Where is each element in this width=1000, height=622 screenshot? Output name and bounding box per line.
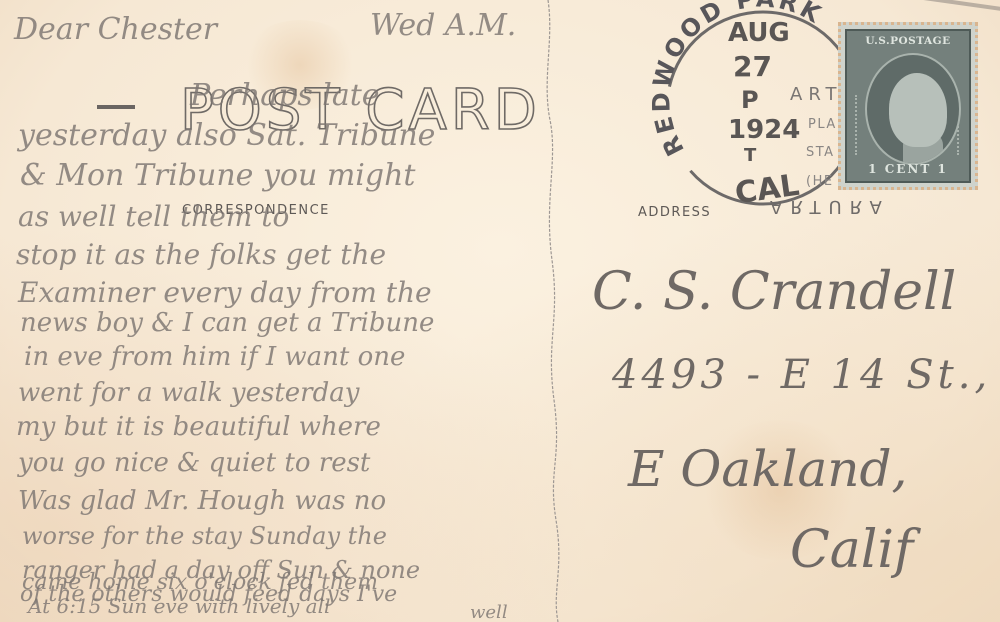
- postmark-suffix: T: [744, 145, 756, 166]
- postmark-time: P: [741, 86, 759, 114]
- address-city: E Oakland,: [628, 440, 907, 498]
- washington-portrait-icon: [889, 73, 947, 147]
- message-line: news boy & I can get a Tribune: [20, 308, 434, 338]
- address-state: Calif: [790, 520, 913, 580]
- place-stamp-text: PLA: [808, 117, 837, 132]
- postmark-year: 1924: [728, 115, 800, 145]
- divider-line: [540, 0, 570, 622]
- postcard: POST CARD CORRESPONDENCE ADDRESS Dear Ch…: [0, 0, 1000, 622]
- place-stamp-text: (HE: [806, 174, 834, 189]
- artura-mark: ARTURA: [770, 196, 890, 217]
- message-line: well: [470, 602, 508, 622]
- portrait-oval: [865, 53, 961, 165]
- stamp-value: 1 CENT 1: [847, 162, 969, 176]
- place-stamp-text: ART: [790, 84, 843, 105]
- message-line: stop it as the folks get the: [16, 238, 386, 271]
- address-name: C. S. Crandell: [592, 262, 956, 322]
- message-line: my but it is beautiful where: [16, 412, 381, 442]
- message-line: Examiner every day from the: [18, 276, 432, 309]
- postmark-day: 27: [733, 50, 772, 83]
- postmark-month: AUG: [728, 18, 790, 48]
- address-street: 4493 - E 14 St.,: [612, 352, 991, 398]
- place-stamp-text: STA: [806, 145, 835, 160]
- message-line: came home six o'clock fed them: [22, 570, 378, 595]
- salutation: Dear Chester: [14, 12, 217, 47]
- message-line: as well tell them to: [18, 200, 289, 233]
- message-line: At 6:15 Sun eve with lively all: [28, 594, 330, 618]
- message-line: in eve from him if I want one: [24, 342, 405, 372]
- message-line: yesterday also Sat. Tribune: [18, 118, 435, 153]
- message-line: went for a walk yesterday: [18, 378, 359, 408]
- message-line: Perhaps late: [190, 78, 380, 113]
- dateline: Wed A.M.: [370, 8, 516, 43]
- message-line: Was glad Mr. Hough was no: [18, 486, 386, 516]
- message-line: & Mon Tribune you might: [20, 158, 415, 193]
- message-line: worse for the stay Sunday the: [22, 522, 387, 550]
- message-line: you go nice & quiet to rest: [18, 448, 370, 478]
- title-rule: [97, 105, 135, 109]
